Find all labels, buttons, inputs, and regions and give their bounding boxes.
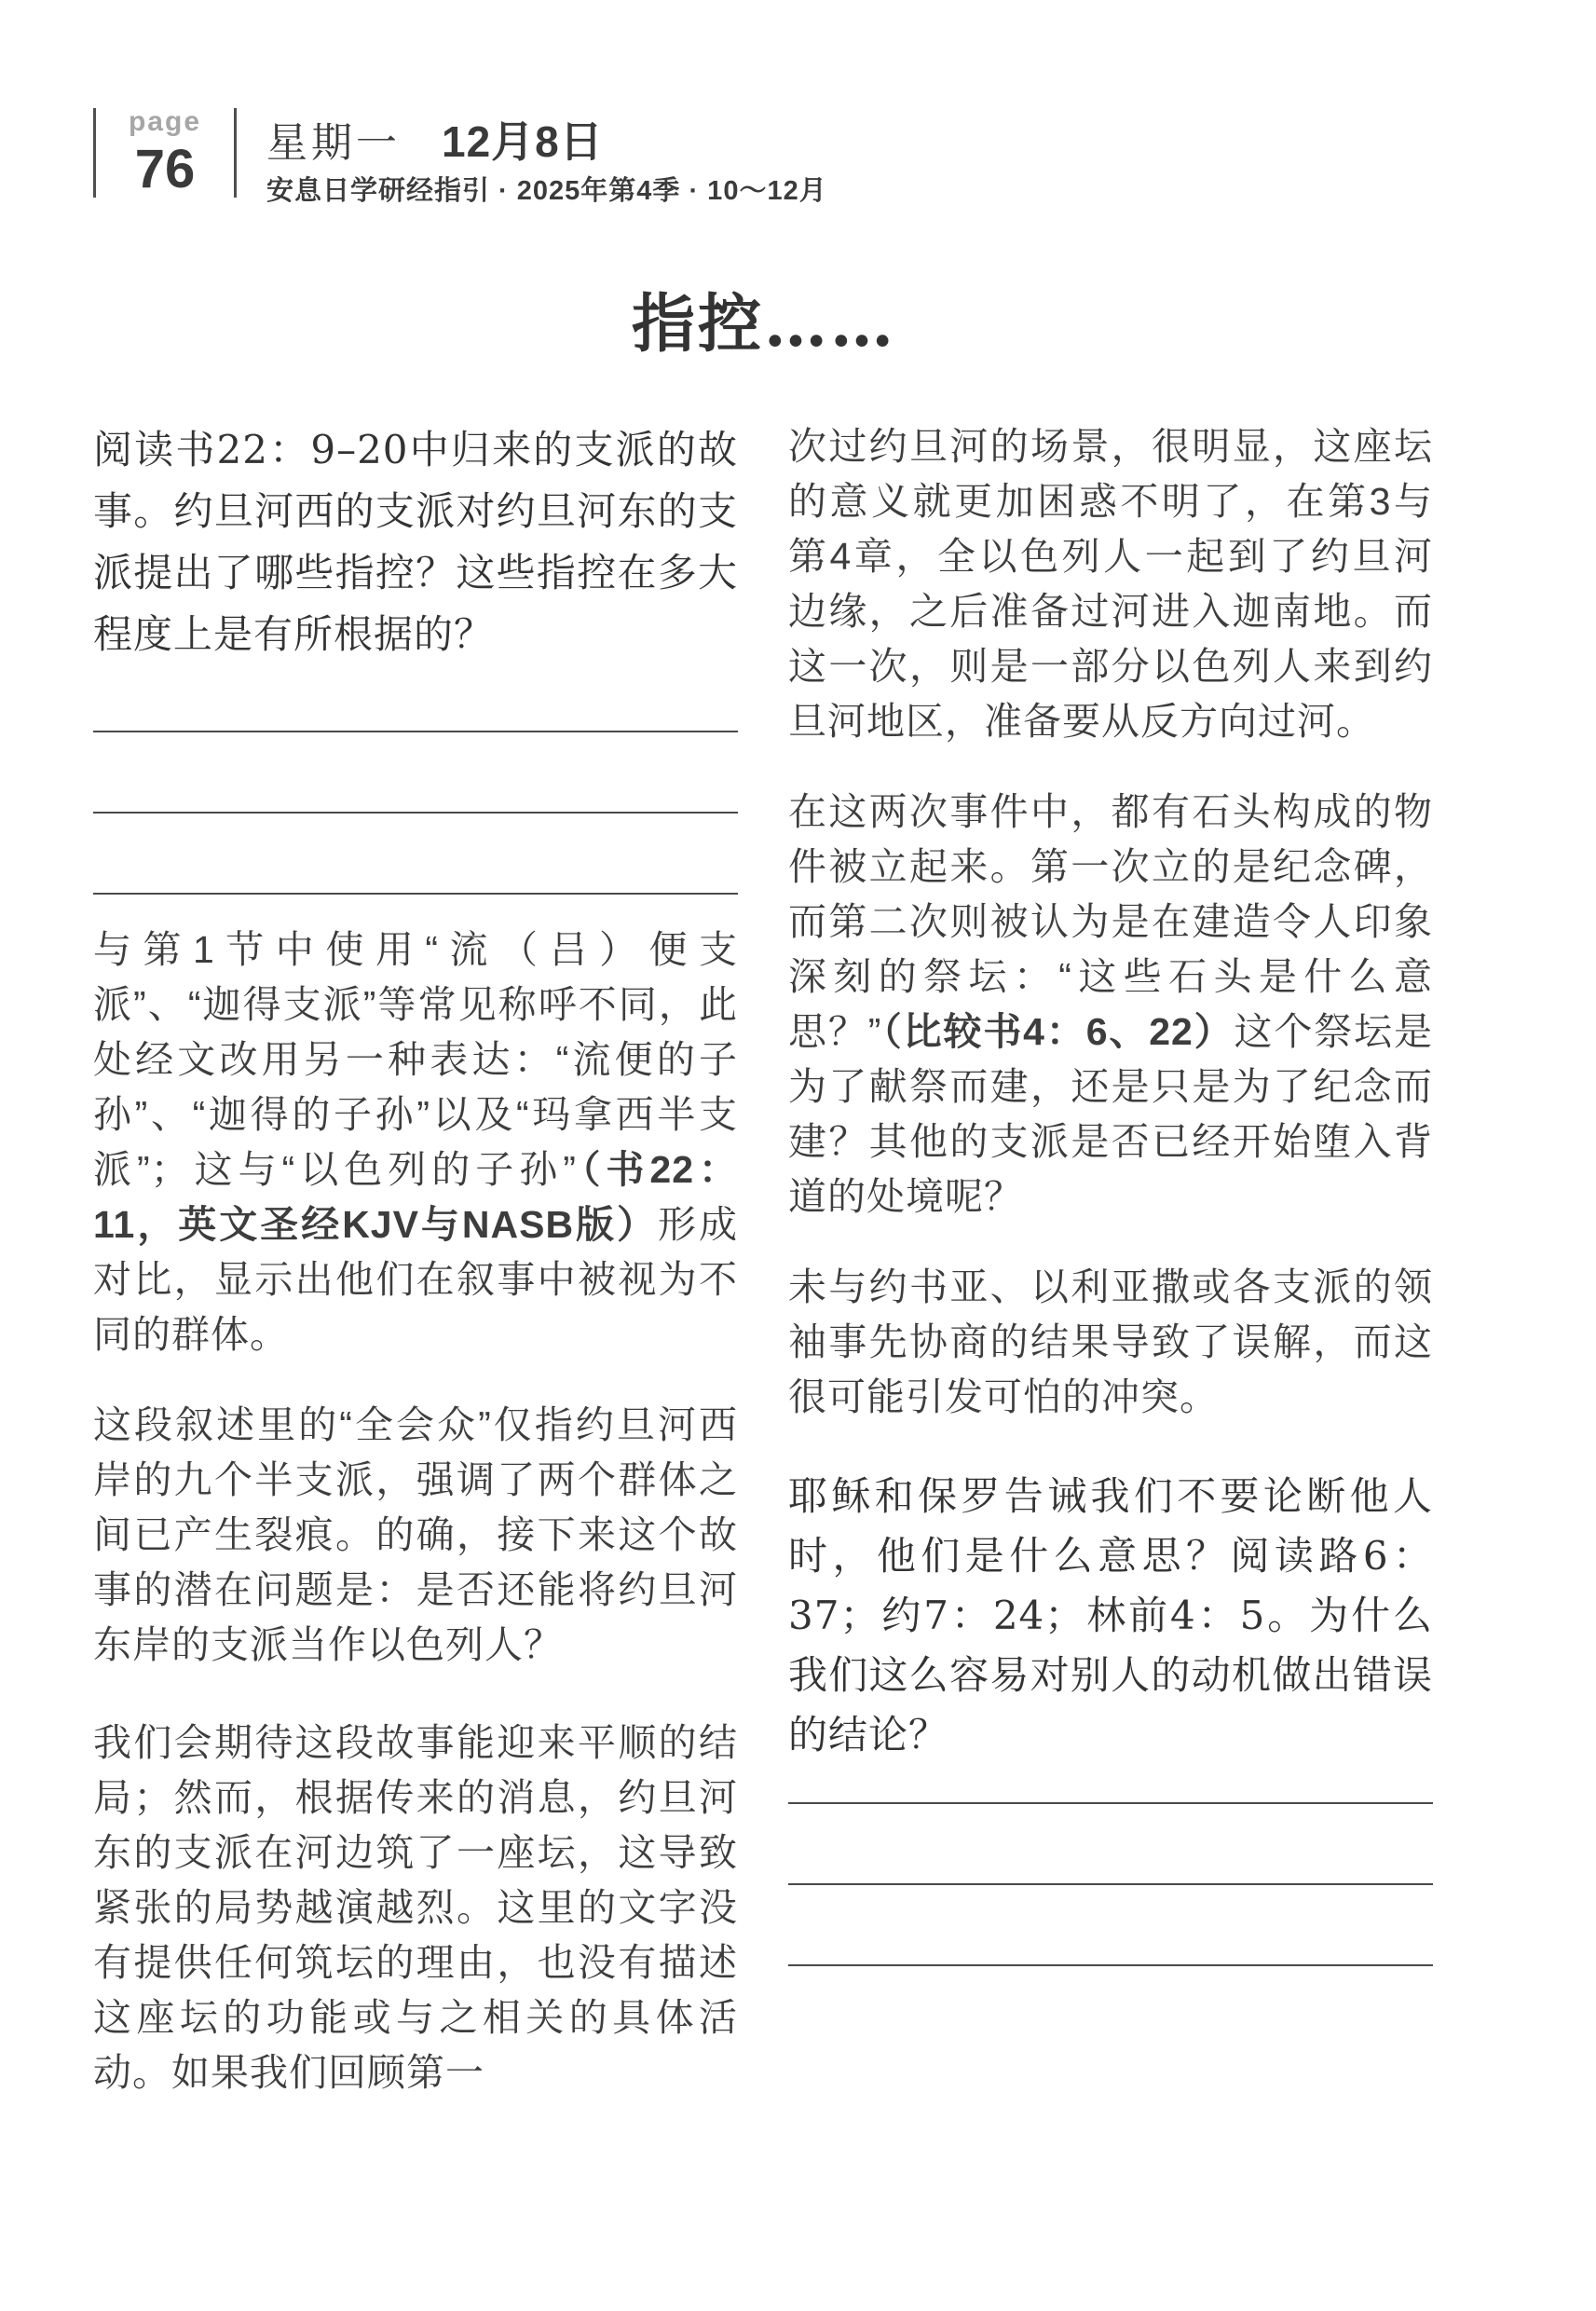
- header-divider-right: [234, 108, 237, 198]
- answer-line: [93, 732, 738, 814]
- lesson-title: 指控……: [93, 281, 1435, 367]
- answer-line: [93, 665, 738, 732]
- left-column: 阅读书22：9–20中归来的支派的故事。约旦河西的支派对约旦河东的支派提出了哪些…: [93, 419, 738, 2100]
- page-label: page: [129, 108, 201, 136]
- answer-line: [788, 1885, 1433, 1966]
- page-number-block: page 76: [96, 108, 234, 198]
- body-paragraph: 未与约书亚、以利亚撒或各支派的领袖事先协商的结果导致了误解，而这很可能引发可怕的…: [788, 1260, 1433, 1425]
- right-column: 次过约旦河的场景，很明显，这座坛的意义就更加困惑不明了，在第3与第4章，全以色列…: [788, 419, 1433, 1966]
- answer-lines-right: [788, 1765, 1433, 1966]
- edition-subtitle: 安息日学研经指引 · 2025年第4季 · 10～12月: [266, 170, 827, 208]
- answer-line: [93, 814, 738, 895]
- body-paragraph: 这段叙述里的“全会众”仅指约旦河西岸的九个半支派，强调了两个群体之间已产生裂痕。…: [93, 1398, 738, 1673]
- answer-lines-left: [93, 665, 738, 895]
- page-number: 76: [135, 144, 196, 196]
- body-paragraph: 在这两次事件中，都有石头构成的物件被立起来。第一次立的是纪念碑，而第二次则被认为…: [788, 785, 1433, 1224]
- answer-line: [788, 1804, 1433, 1885]
- body-paragraph: 次过约旦河的场景，很明显，这座坛的意义就更加困惑不明了，在第3与第4章，全以色列…: [788, 419, 1433, 749]
- day-line: 星期一 12月8日: [266, 108, 827, 170]
- date-label: 12月8日: [442, 108, 604, 170]
- page-header: page 76 星期一 12月8日 安息日学研经指引 · 2025年第4季 · …: [93, 108, 827, 198]
- weekday-label: 星期一: [266, 109, 401, 169]
- page: page 76 星期一 12月8日 安息日学研经指引 · 2025年第4季 · …: [0, 0, 1596, 2311]
- body-paragraph: 我们会期待这段故事能迎来平顺的结局；然而，根据传来的消息，约旦河东的支派在河边筑…: [93, 1716, 738, 2100]
- answer-line: [788, 1765, 1433, 1804]
- day-block: 星期一 12月8日 安息日学研经指引 · 2025年第4季 · 10～12月: [266, 108, 827, 198]
- question-paragraph: 耶稣和保罗告诫我们不要论断他人时，他们是什么意思？阅读路6：37；约7：24；林…: [788, 1467, 1433, 1765]
- question-paragraph: 阅读书22：9–20中归来的支派的故事。约旦河西的支派对约旦河东的支派提出了哪些…: [93, 419, 738, 665]
- body-paragraph: 与第1节中使用“流（吕）便支派”、“迦得支派”等常见称呼不同，此处经文改用另一种…: [93, 923, 738, 1362]
